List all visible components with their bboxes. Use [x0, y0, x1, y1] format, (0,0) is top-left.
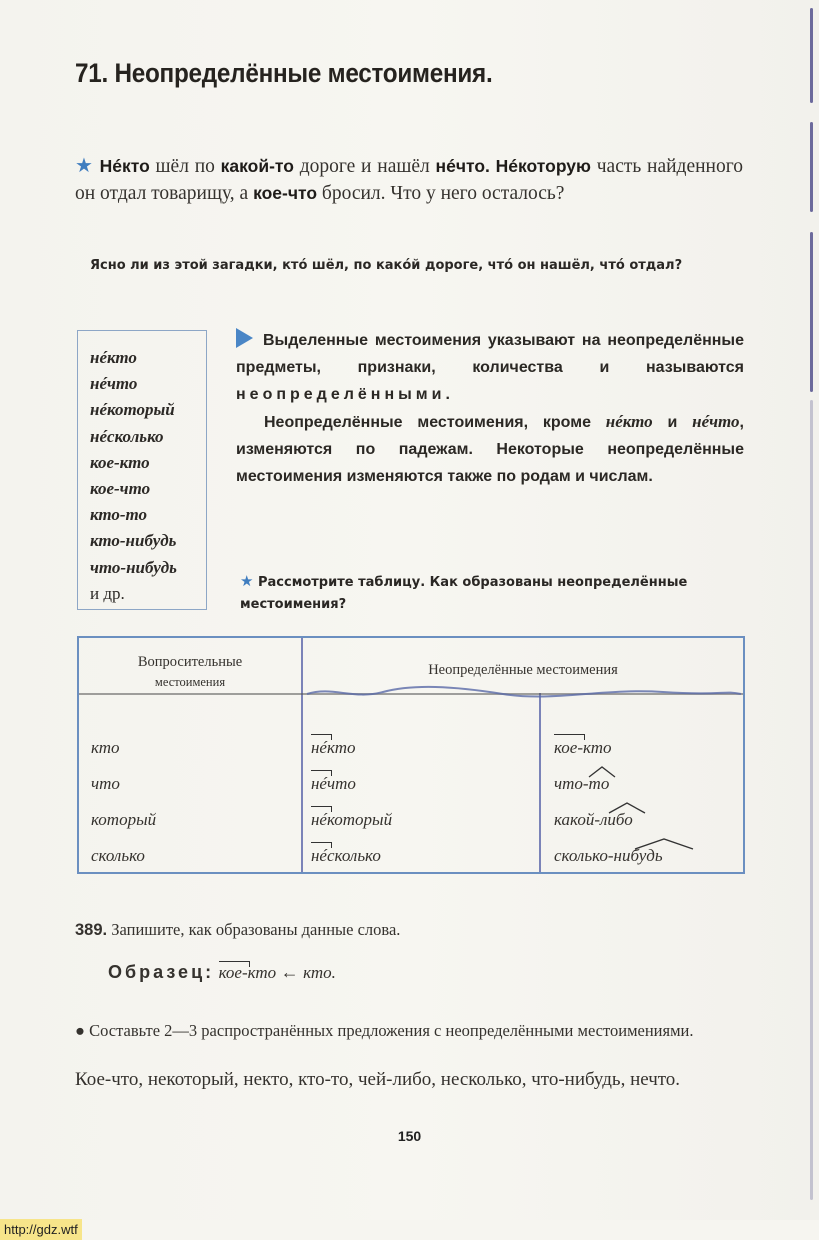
section-title: 71. Неопределённые местоимения.: [75, 58, 492, 89]
arrow-left-icon: ←: [276, 962, 303, 982]
table-cell: кто: [91, 730, 156, 766]
composition-task: ● Составьте 2—3 распространённых предлож…: [75, 1020, 743, 1041]
riddle-body: Нéкто шёл по какой-то дороге и нашёл нéч…: [75, 156, 743, 204]
word-box-item: кто-то: [90, 502, 206, 528]
word-box-item: что-нибудь: [90, 555, 206, 581]
table-cell: кое-кто: [554, 730, 663, 766]
suffix-arc-icon: [588, 766, 616, 778]
word-box-item: кто-нибудь: [90, 528, 206, 554]
rule-paragraph-1: Выделенные местоимения указывают на неоп…: [236, 327, 744, 408]
table-cell: сколько: [91, 838, 156, 874]
page-edge-mark: [810, 232, 813, 392]
sample-word: кое-кто: [219, 963, 277, 982]
prefix-mark-icon: [311, 770, 332, 776]
pronoun-word-box: нéкто нéчто нéкоторый нéсколько кое-кто …: [77, 330, 207, 610]
table-cell: что: [91, 766, 156, 802]
page-edge-mark: [810, 122, 813, 212]
suffix-arc-icon: [634, 838, 694, 850]
table-cell: нéсколько: [311, 838, 392, 874]
exercise-389: 389. Запишите, как образованы данные сло…: [75, 920, 400, 940]
spaced-term: неопределёнными: [236, 386, 445, 403]
suffix-arc-icon: [608, 802, 646, 814]
table-column-interrogative: кто что который сколько: [91, 730, 156, 874]
riddle-text: ★ Нéкто шёл по какой-то дороге и нашёл н…: [75, 153, 743, 207]
word-box-item: кое-кто: [90, 450, 206, 476]
page-edge-mark: [810, 400, 813, 1200]
table-task: ★ Рассмотрите таблицу. Как образованы не…: [240, 570, 745, 616]
table-cell: сколько-нибудь: [554, 838, 663, 874]
table-cell: нéчто: [311, 766, 392, 802]
word-box-item: нéкто: [90, 345, 206, 371]
word-box-item: кое-что: [90, 476, 206, 502]
table-cell: который: [91, 802, 156, 838]
pronoun-table: Вопросительные местоимения Неопределённы…: [77, 636, 745, 874]
prefix-mark-icon: [311, 842, 332, 848]
triangle-marker-icon: [236, 328, 253, 348]
prefix-mark-icon: [554, 734, 585, 740]
page-number: 150: [0, 1128, 819, 1144]
word-box-item: нéкоторый: [90, 397, 206, 423]
table-cell: какой-либо: [554, 802, 663, 838]
riddle-question: Ясно ли из этой загадки, ктó шёл, по как…: [90, 255, 744, 276]
star-icon: ★: [240, 572, 253, 590]
prefix-mark-icon: [311, 806, 332, 812]
watermark-link[interactable]: http://gdz.wtf: [0, 1219, 82, 1240]
table-divider: [539, 693, 541, 872]
exercise-words: Кое-что, некоторый, некто, кто-то, чей-л…: [75, 1066, 743, 1094]
word-box-etc: и др.: [90, 581, 206, 607]
rule-block: Выделенные местоимения указывают на неоп…: [236, 327, 744, 490]
word-box-item: нéчто: [90, 371, 206, 397]
table-column-ne-prefix: нéкто нéчто нéкоторый нéсколько: [311, 730, 392, 874]
bullet-icon: ●: [75, 1021, 85, 1040]
table-header-interrogative: Вопросительные местоимения: [79, 652, 301, 692]
textbook-page: 71. Неопределённые местоимения. ★ Нéкто …: [0, 0, 819, 1220]
exercise-number: 389.: [75, 921, 107, 939]
prefix-mark-icon: [311, 734, 332, 740]
table-column-particles: кое-кто что-то какой-либо сколько-нибудь: [554, 730, 663, 874]
table-header-indefinite: Неопределённые местоимения: [303, 662, 743, 679]
page-edge-mark: [810, 8, 813, 103]
table-cell: нéкто: [311, 730, 392, 766]
rule-paragraph-2: Неопределённые местоимения, кроме нéкто …: [236, 408, 744, 490]
star-icon: ★: [75, 155, 94, 177]
prefix-mark-icon: [219, 961, 250, 967]
word-box-item: нéсколько: [90, 424, 206, 450]
table-cell: нéкоторый: [311, 802, 392, 838]
exercise-sample: Образец: кое-кто ← кто.: [108, 962, 336, 983]
table-cell: что-то: [554, 766, 663, 802]
pen-scribble-mark: [303, 682, 743, 702]
